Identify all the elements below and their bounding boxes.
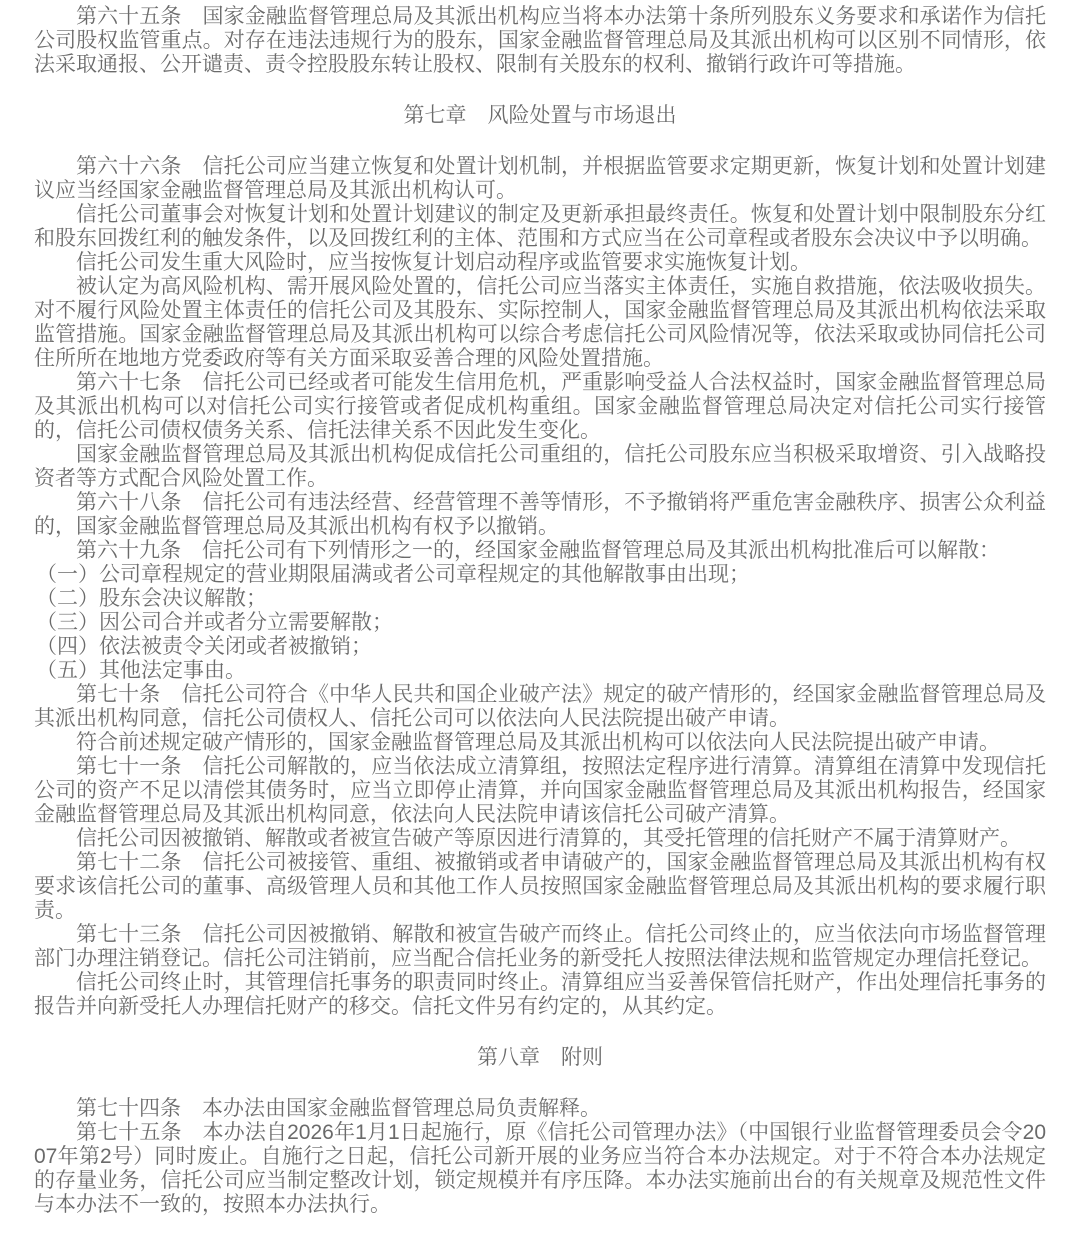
article-72-text: 第七十二条 信托公司被接管、重组、被撤销或者申请破产的，国家金融监督管理总局及其… bbox=[34, 851, 1046, 923]
article-73-p1: 第七十三条 信托公司因被撤销、解散和被宣告破产而终止。信托公司终止的，应当依法向… bbox=[34, 923, 1046, 971]
article-69-item-1: （一）公司章程规定的营业期限届满或者公司章程规定的其他解散事由出现； bbox=[34, 563, 1046, 587]
article-69-item-2: （二）股东会决议解散； bbox=[34, 587, 1046, 611]
article-66-p1: 第六十六条 信托公司应当建立恢复和处置计划机制，并根据监管要求定期更新，恢复计划… bbox=[34, 155, 1046, 203]
article-69-item-5: （五）其他法定事由。 bbox=[34, 659, 1046, 683]
article-69-intro: 第六十九条 信托公司有下列情形之一的，经国家金融监督管理总局及其派出机构批准后可… bbox=[34, 539, 1046, 563]
article-73-p2: 信托公司终止时，其管理信托事务的职责同时终止。清算组应当妥善保管信托财产，作出处… bbox=[34, 971, 1046, 1019]
chapter-7-title: 第七章 风险处置与市场退出 bbox=[34, 104, 1046, 128]
article-75-text: 第七十五条 本办法自2026年1月1日起施行，原《信托公司管理办法》（中国银行业… bbox=[34, 1121, 1046, 1217]
article-70-p2: 符合前述规定破产情形的，国家金融监督管理总局及其派出机构可以依法向人民法院提出破… bbox=[34, 731, 1046, 755]
article-66-p4: 被认定为高风险机构、需开展风险处置的，信托公司应当落实主体责任，实施自救措施，依… bbox=[34, 275, 1046, 371]
article-71-p2: 信托公司因被撤销、解散或者被宣告破产等原因进行清算的，其受托管理的信托财产不属于… bbox=[34, 827, 1046, 851]
article-66-p3: 信托公司发生重大风险时，应当按恢复计划启动程序或监管要求实施恢复计划。 bbox=[34, 251, 1046, 275]
article-70-p1: 第七十条 信托公司符合《中华人民共和国企业破产法》规定的破产情形的，经国家金融监… bbox=[34, 683, 1046, 731]
article-66-p2: 信托公司董事会对恢复计划和处置计划建议的制定及更新承担最终责任。恢复和处置计划中… bbox=[34, 203, 1046, 251]
article-71-p1: 第七十一条 信托公司解散的，应当依法成立清算组，按照法定程序进行清算。清算组在清… bbox=[34, 755, 1046, 827]
article-74-text: 第七十四条 本办法由国家金融监督管理总局负责解释。 bbox=[34, 1097, 1046, 1121]
article-68-text: 第六十八条 信托公司有违法经营、经营管理不善等情形，不予撤销将严重危害金融秩序、… bbox=[34, 491, 1046, 539]
regulation-document-page: 第六十五条 国家金融监督管理总局及其派出机构应当将本办法第十条所列股东义务要求和… bbox=[0, 0, 1080, 1259]
chapter-8-title: 第八章 附则 bbox=[34, 1046, 1046, 1070]
article-67-p2: 国家金融监督管理总局及其派出机构促成信托公司重组的，信托公司股东应当积极采取增资… bbox=[34, 443, 1046, 491]
article-67-p1: 第六十七条 信托公司已经或者可能发生信用危机，严重影响受益人合法权益时，国家金融… bbox=[34, 371, 1046, 443]
article-69-item-4: （四）依法被责令关闭或者被撤销； bbox=[34, 635, 1046, 659]
article-65-text: 第六十五条 国家金融监督管理总局及其派出机构应当将本办法第十条所列股东义务要求和… bbox=[34, 5, 1046, 77]
article-69-item-3: （三）因公司合并或者分立需要解散； bbox=[34, 611, 1046, 635]
